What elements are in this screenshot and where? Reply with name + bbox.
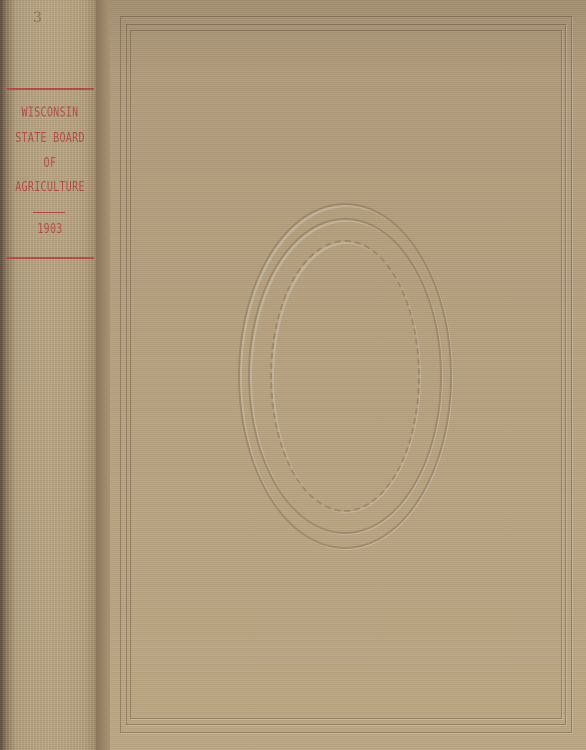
blind-stamped-frame-outer — [120, 16, 572, 733]
spine-mid-rule — [33, 212, 65, 213]
spine-title: WISCONSIN STATE BOARD OF AGRICULTURE 190… — [4, 0, 96, 750]
embossed-oval-outer — [238, 203, 452, 549]
book: 3 WISCONSIN STATE BOARD OF AGRICULTURE 1… — [0, 0, 586, 750]
spine-top-rule — [6, 88, 94, 90]
spine-year: 1903 — [4, 222, 96, 236]
embossed-oval-inner — [248, 218, 442, 534]
blind-stamped-frame-inner — [130, 30, 562, 719]
spine-line-4: AGRICULTURE — [4, 180, 96, 194]
front-cover — [110, 0, 586, 750]
blind-stamped-frame-middle — [126, 24, 566, 725]
spine-line-3: OF — [4, 156, 96, 170]
spine-line-1: WISCONSIN — [4, 106, 96, 120]
spine-line-2: STATE BOARD — [4, 131, 96, 145]
book-spine: 3 WISCONSIN STATE BOARD OF AGRICULTURE 1… — [0, 0, 98, 750]
embossed-scalloped-cartouche — [270, 240, 420, 512]
spine-pencil-mark: 3 — [33, 10, 42, 26]
spine-bottom-rule — [6, 257, 94, 259]
